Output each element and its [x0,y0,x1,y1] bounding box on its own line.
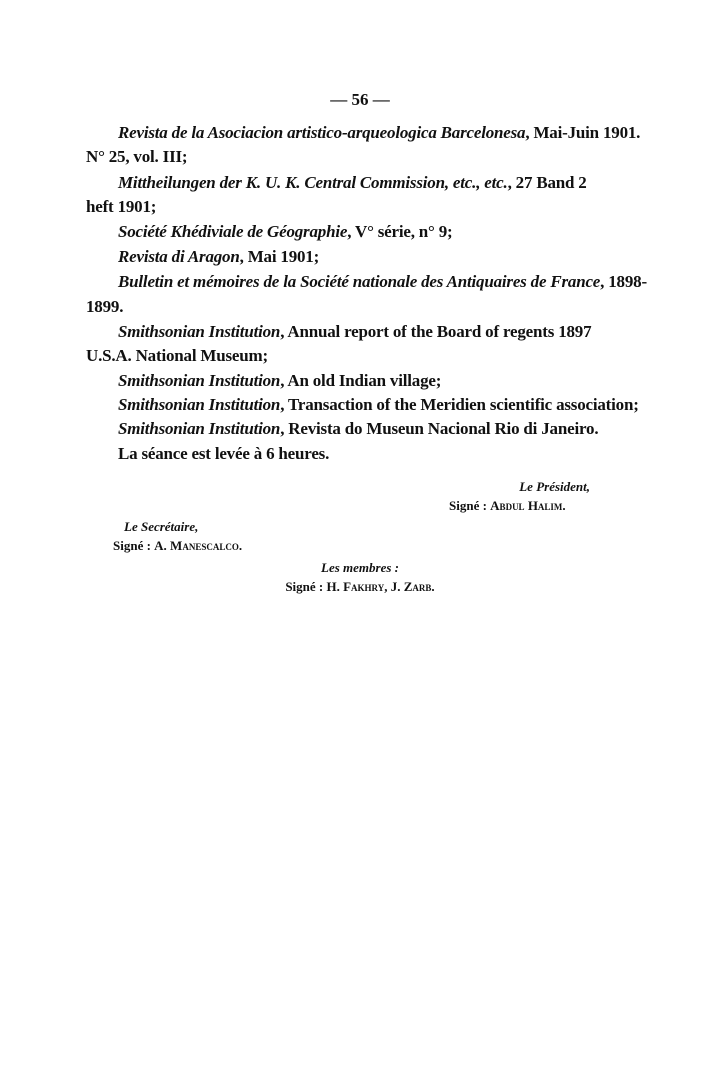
entry-3-title: Revista di Aragon [118,247,240,266]
entry-6-line-1: Smithsonian Institution, An old Indian v… [118,370,441,392]
secretary-signed-label: Signé : [113,538,151,553]
entry-8-line-1: Smithsonian Institution, Revista do Muse… [118,418,598,440]
entry-5-line-2: U.S.A. National Museum; [86,345,268,367]
members-names: H. Fakhry, J. Zarb. [327,579,435,594]
entry-3-rest: , Mai 1901; [240,247,319,266]
entry-7-title: Smithsonian Institution [118,395,280,414]
entry-5-title: Smithsonian Institution [118,322,280,341]
entry-5-line-1: Smithsonian Institution, Annual report o… [118,321,591,343]
entry-3-line-1: Revista di Aragon, Mai 1901; [118,246,319,268]
entry-4-rest: , 1898- [600,272,647,291]
entry-4-line-2: 1899. [86,296,123,318]
entry-0-title: Revista de la Asociacion artistico-arque… [118,123,525,142]
entry-2-line-1: Société Khédiviale de Géographie, V° sér… [118,221,452,243]
entry-5-rest: , Annual report of the Board of regents … [280,322,591,341]
president-title: Le Président, [440,478,590,496]
entry-0-line-1: Revista de la Asociacion artistico-arque… [118,122,618,144]
entry-2-rest: , V° série, n° 9; [347,222,452,241]
entry-2-title: Société Khédiviale de Géographie [118,222,347,241]
president-signed-label: Signé : [449,498,487,513]
members-title: Les membres : [280,559,440,577]
document-page: — 56 — Revista de la Asociacion artistic… [0,0,720,1082]
entry-4-line-1: Bulletin et mémoires de la Société natio… [118,271,647,293]
entry-6-title: Smithsonian Institution [118,371,280,390]
president-name: Abdul Halim. [490,498,566,513]
entry-0-rest: , Mai-Juin 1901. [525,123,640,142]
entry-1-title: Mittheilungen der K. U. K. Central Commi… [118,173,508,192]
entry-0-line-2: N° 25, vol. III; [86,146,187,168]
closing-statement: La séance est levée à 6 heures. [118,443,329,465]
members-signed-label: Signé : [285,579,323,594]
entry-1-line-1: Mittheilungen der K. U. K. Central Commi… [118,172,587,194]
secretary-name: A. Manescalco. [154,538,242,553]
entry-7-line-1: Smithsonian Institution, Transaction of … [118,394,639,416]
entry-1-line-2: heft 1901; [86,196,156,218]
entry-6-rest: , An old Indian village; [280,371,441,390]
entry-8-title: Smithsonian Institution [118,419,280,438]
secretary-title: Le Secrétaire, [124,518,198,536]
entry-7-rest: , Transaction of the Meridien scientific… [280,395,638,414]
entry-1-rest: , 27 Band 2 [508,173,587,192]
entry-4-title: Bulletin et mémoires de la Société natio… [118,272,600,291]
secretary-signature: Signé : A. Manescalco. [113,537,242,555]
entry-8-rest: , Revista do Museun Nacional Rio di Jane… [280,419,598,438]
page-number: — 56 — [0,90,720,110]
president-signature: Signé : Abdul Halim. [449,497,566,515]
members-signature: Signé : H. Fakhry, J. Zarb. [270,578,450,596]
